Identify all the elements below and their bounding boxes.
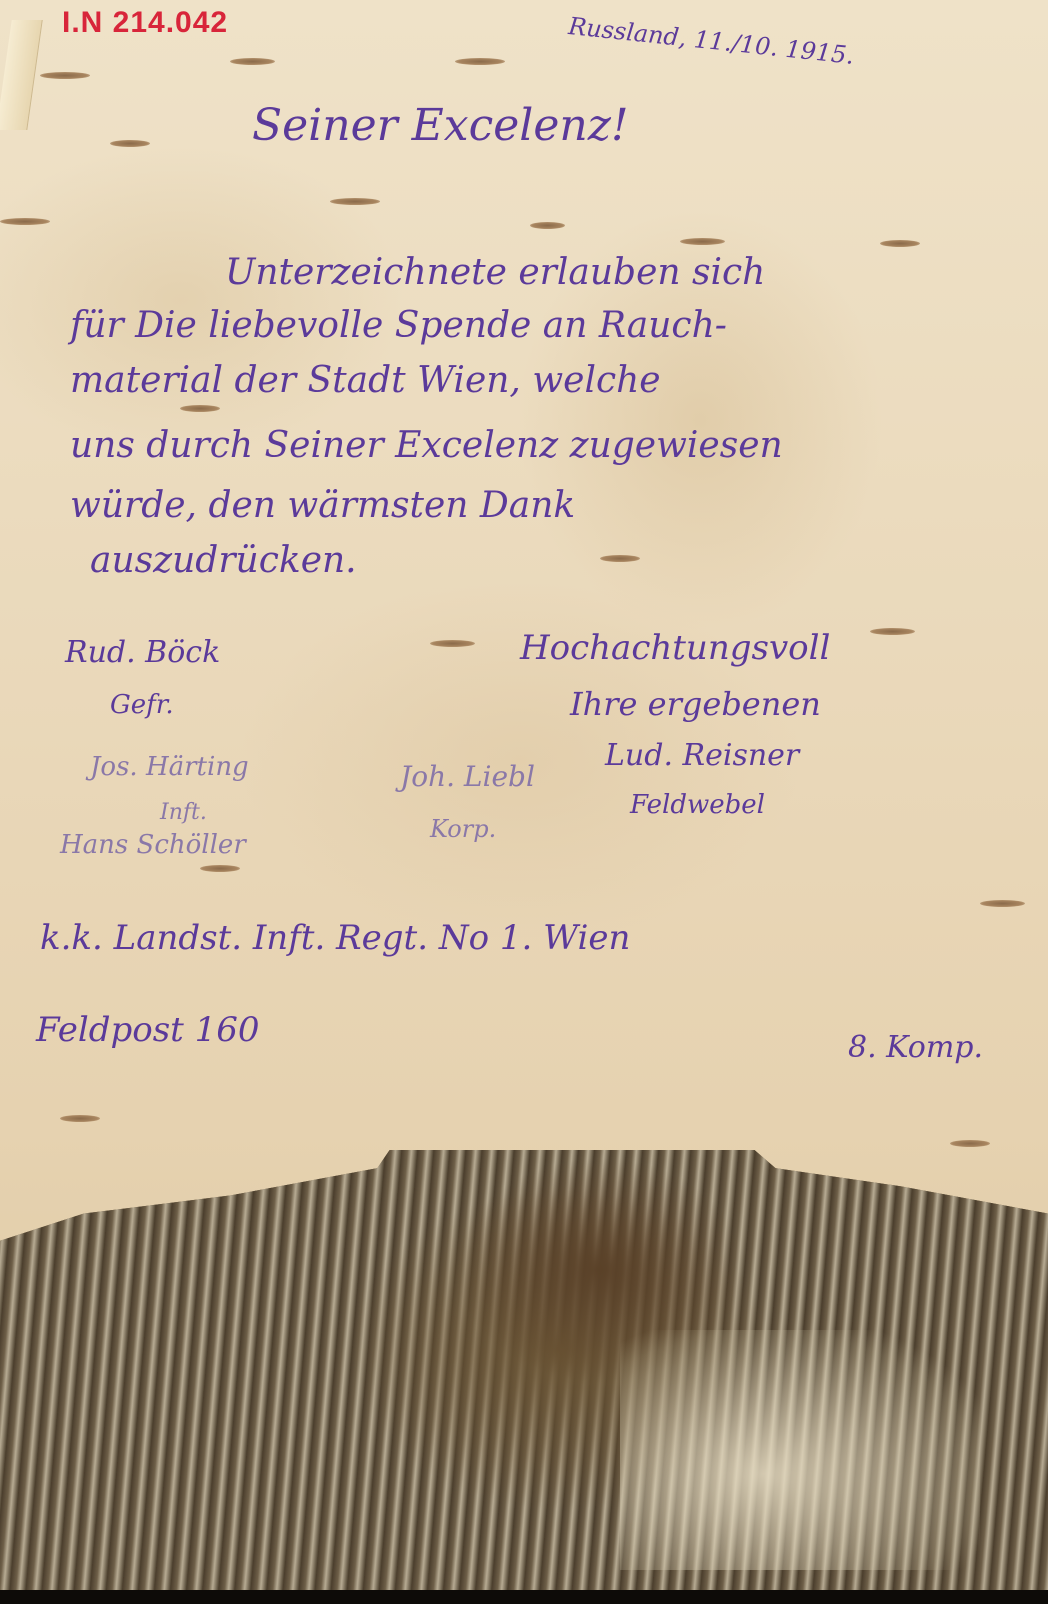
lenticel bbox=[600, 555, 640, 562]
signature-rank: Feldwebel bbox=[630, 790, 765, 820]
closing-line: Ihre ergebenen bbox=[570, 685, 821, 723]
feldpost-line: Feldpost 160 bbox=[36, 1010, 260, 1050]
lenticel bbox=[40, 72, 90, 79]
salutation: Seiner Excelenz! bbox=[252, 100, 629, 151]
lenticel bbox=[455, 58, 505, 65]
signature-rank: Korp. bbox=[430, 815, 496, 843]
body-line: auszudrücken. bbox=[90, 540, 357, 581]
unit-line: k.k. Landst. Inft. Regt. No 1. Wien bbox=[40, 918, 630, 958]
lenticel bbox=[880, 240, 920, 247]
lenticel bbox=[200, 865, 240, 872]
lenticel bbox=[530, 222, 565, 229]
lenticel bbox=[980, 900, 1025, 907]
scan-edge bbox=[0, 1590, 1048, 1604]
body-line: material der Stadt Wien, welche bbox=[70, 360, 661, 401]
body-line: Unterzeichnete erlauben sich bbox=[225, 252, 765, 293]
signature-name: Hans Schöller bbox=[60, 830, 246, 860]
body-line: für Die liebevolle Spende an Rauch- bbox=[70, 305, 727, 346]
company-line: 8. Komp. bbox=[848, 1030, 983, 1065]
place-date: Russland, 11./10. 1915. bbox=[567, 12, 855, 70]
inventory-number: I.N 214.042 bbox=[62, 6, 228, 40]
lenticel bbox=[870, 628, 915, 635]
lenticel bbox=[430, 640, 475, 647]
paper-tab bbox=[0, 20, 43, 130]
lenticel bbox=[680, 238, 725, 245]
lenticel bbox=[950, 1140, 990, 1147]
lenticel bbox=[0, 218, 50, 225]
lenticel bbox=[180, 405, 220, 412]
lenticel bbox=[330, 198, 380, 205]
signature-name: Rud. Böck bbox=[65, 635, 220, 670]
signature-name: Joh. Liebl bbox=[400, 760, 535, 793]
birch-bark-letter: I.N 214.042 Russland, 11./10. 1915. Sein… bbox=[0, 0, 1048, 1604]
body-line: uns durch Seiner Excelenz zugewiesen bbox=[70, 425, 783, 466]
signature-rank: Gefr. bbox=[110, 690, 174, 720]
signature-name: Lud. Reisner bbox=[605, 738, 799, 773]
closing-line: Hochachtungsvoll bbox=[520, 628, 830, 668]
lenticel bbox=[60, 1115, 100, 1122]
signature-name: Jos. Härting bbox=[90, 752, 249, 782]
signature-rank: Inft. bbox=[160, 800, 207, 825]
lenticel bbox=[110, 140, 150, 147]
body-line: würde, den wärmsten Dank bbox=[70, 485, 575, 526]
bark-highlight bbox=[620, 1330, 980, 1570]
lenticel bbox=[230, 58, 275, 65]
